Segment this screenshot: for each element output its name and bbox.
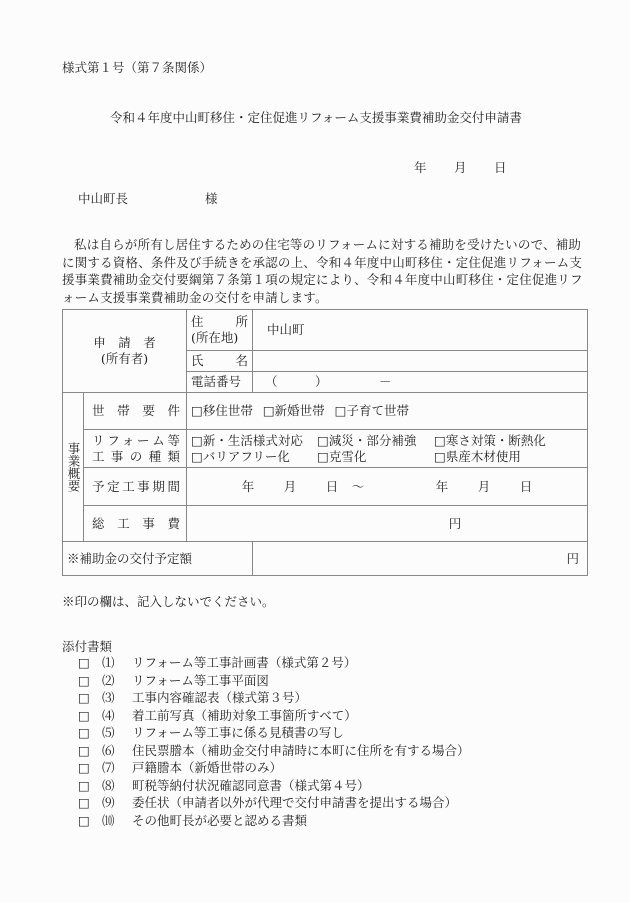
- work-type-label-1: リフォーム等: [92, 433, 180, 449]
- attachment-checkbox[interactable]: □: [78, 742, 102, 760]
- period-end-day: 日: [520, 479, 533, 495]
- phone-dash: －: [379, 374, 392, 389]
- form-number: 様式第１号（第７条関係）: [62, 58, 212, 76]
- phone-paren-close: ）: [315, 374, 379, 390]
- subsidy-label: ※補助金の交付予定額: [63, 542, 253, 576]
- attachment-item: □⑽その他町長が必要と認める書類: [78, 812, 470, 830]
- work-type-label-2: 工事の種類: [92, 449, 180, 465]
- attachment-checkbox[interactable]: □: [78, 759, 102, 777]
- honorific: 様: [205, 189, 218, 207]
- work-period-label: 予定工事期間: [84, 468, 187, 506]
- subsidy-amount-field: 円: [253, 542, 588, 576]
- phone-label: 電話番号: [187, 372, 253, 393]
- household-options: □移住世帯 □新婚世帯 □子育て世帯: [187, 393, 588, 430]
- total-cost-label: 総工事費: [84, 506, 187, 542]
- attachment-checkbox[interactable]: □: [78, 812, 102, 830]
- period-end-month: 月: [478, 479, 520, 495]
- household-label: 世帯要件: [84, 393, 187, 430]
- work-type-options: □新・生活様式対応 □減災・部分補強 □寒さ対策・断熱化 □バリアフリー化 □克…: [187, 430, 588, 468]
- work-period-field[interactable]: 年 月 日 ～ 年 月 日: [187, 468, 588, 506]
- address-label: 住 所: [191, 314, 248, 330]
- attachment-item: □⑸リフォーム等工事に係る見積書の写し: [78, 724, 470, 742]
- period-start-month: 月: [284, 479, 326, 495]
- name-field[interactable]: [253, 351, 588, 372]
- checkbox-snow-countermeasure[interactable]: □克雪化: [317, 449, 434, 465]
- attachment-item: □⑺戸籍謄本（新婚世帯のみ）: [78, 759, 470, 777]
- checkbox-childrearing-household[interactable]: □子育て世帯: [335, 403, 409, 419]
- total-cost-field[interactable]: 円: [187, 506, 588, 542]
- applicant-sublabel: (所有者): [67, 351, 182, 367]
- attachments-list: □⑴リフォーム等工事計画書（様式第２号） □⑵リフォーム等工事平面図 □⑶工事内…: [78, 654, 470, 829]
- note: ※印の欄は、記入しないでください。: [62, 592, 275, 610]
- attachment-checkbox[interactable]: □: [78, 794, 102, 812]
- address-sublabel: (所在地): [191, 330, 248, 346]
- checkbox-migrant-household[interactable]: □移住世帯: [191, 403, 253, 419]
- attachment-checkbox[interactable]: □: [78, 724, 102, 742]
- total-cost-unit: 円: [449, 516, 462, 531]
- attachment-item: □⑼委任状（申請者以外が代理で交付申請書を提出する場合）: [78, 794, 470, 812]
- application-statement: 私は自らが所有し居住するための住宅等のリフォームに対する補助を受けたいので、補助…: [62, 236, 588, 306]
- attachment-item: □⑵リフォーム等工事平面図: [78, 672, 470, 690]
- document-title: 令和４年度中山町移住・定住促進リフォーム支援事業費補助金交付申請書: [110, 108, 522, 126]
- phone-field[interactable]: （）－: [253, 372, 588, 393]
- period-tilde: ～: [352, 479, 436, 495]
- address-field[interactable]: 中山町: [253, 310, 588, 351]
- attachment-item: □⑴リフォーム等工事計画書（様式第２号）: [78, 654, 470, 672]
- period-end-year: 年: [436, 479, 478, 495]
- period-start-day: 日: [326, 479, 352, 495]
- name-label: 氏 名: [187, 351, 253, 372]
- phone-paren-open: （: [257, 374, 315, 390]
- attachment-checkbox[interactable]: □: [78, 689, 102, 707]
- attachment-item: □⑷着工前写真（補助対象工事箇所すべて）: [78, 707, 470, 725]
- checkbox-barrier-free[interactable]: □バリアフリー化: [191, 449, 317, 465]
- applicant-label-cell: 申 請 者 (所有者): [63, 310, 187, 393]
- date-month: 月: [454, 158, 494, 176]
- work-type-label-cell: リフォーム等 工事の種類: [84, 430, 187, 468]
- attachment-item: □⑻町税等納付状況確認同意書（様式第４号）: [78, 777, 470, 795]
- checkbox-disaster-reinforcement[interactable]: □減災・部分補強: [317, 433, 434, 449]
- period-start-year: 年: [242, 479, 284, 495]
- attachment-item: □⑶工事内容確認表（様式第３号）: [78, 689, 470, 707]
- project-overview-label: 事業概要: [63, 393, 84, 542]
- attachment-checkbox[interactable]: □: [78, 707, 102, 725]
- date-day: 日: [494, 158, 507, 176]
- application-form-table: 申 請 者 (所有者) 住 所 (所在地) 中山町 氏 名 電話番号 （）－ 事…: [62, 309, 588, 576]
- subsidy-unit: 円: [566, 551, 579, 566]
- application-date[interactable]: 年月日: [414, 158, 507, 176]
- applicant-label: 申 請 者: [67, 335, 182, 351]
- attachment-checkbox[interactable]: □: [78, 777, 102, 795]
- checkbox-new-lifestyle[interactable]: □新・生活様式対応: [191, 433, 317, 449]
- checkbox-local-timber[interactable]: □県産木材使用: [434, 449, 574, 465]
- addressee: 中山町長: [78, 189, 128, 207]
- checkbox-insulation[interactable]: □寒さ対策・断熱化: [434, 433, 574, 449]
- attachment-checkbox[interactable]: □: [78, 672, 102, 690]
- date-year: 年: [414, 158, 454, 176]
- attachments-heading: 添付書類: [62, 637, 112, 655]
- attachment-item: □⑹住民票謄本（補助金交付申請時に本町に住所を有する場合）: [78, 742, 470, 760]
- attachment-checkbox[interactable]: □: [78, 654, 102, 672]
- address-label-cell: 住 所 (所在地): [187, 310, 253, 351]
- checkbox-newlywed-household[interactable]: □新婚世帯: [263, 403, 325, 419]
